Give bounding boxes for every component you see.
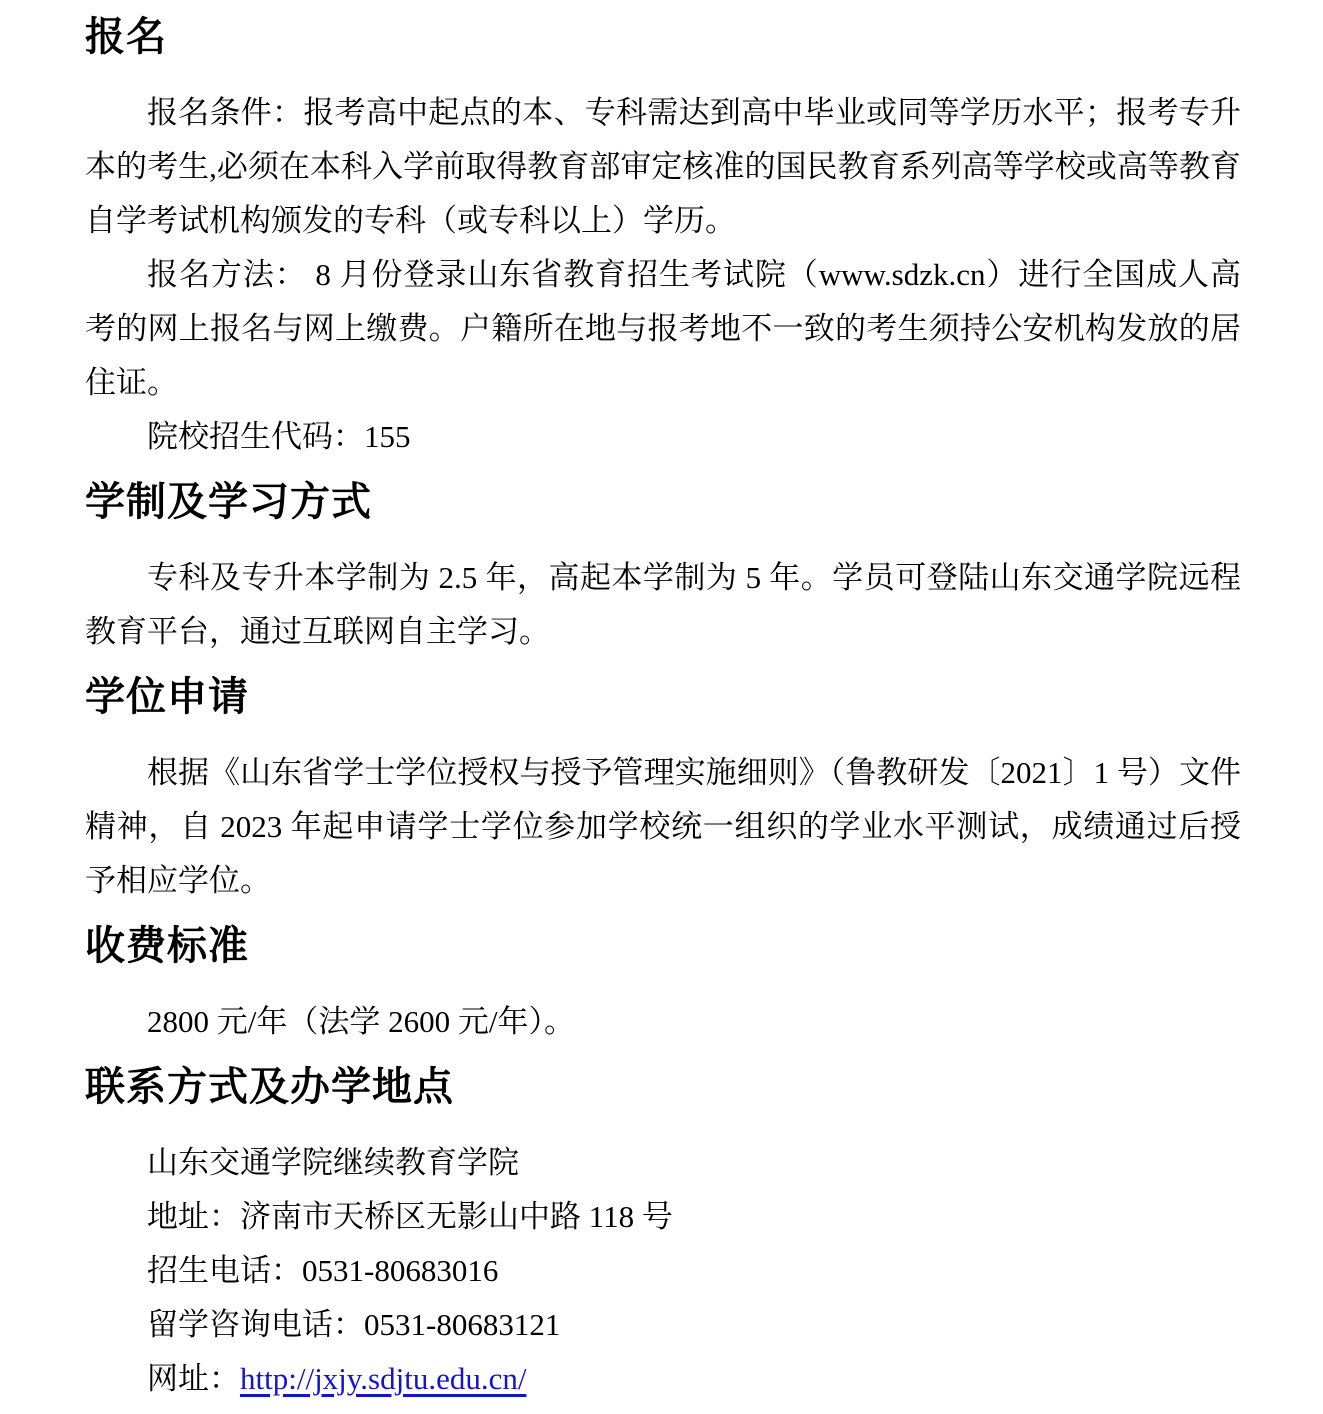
section-heading-degree-application: 学位申请 <box>85 671 1241 723</box>
institution-code-line: 院校招生代码：155 <box>85 410 1241 464</box>
contact-website-line: 网址：http://jxjy.sdjtu.edu.cn/ <box>85 1352 1241 1406</box>
section-heading-study-system: 学制及学习方式 <box>85 476 1241 528</box>
contact-study-abroad-phone-line: 留学咨询电话：0531-80683121 <box>85 1298 1241 1352</box>
contact-college-line: 山东交通学院继续教育学院 <box>85 1136 1241 1190</box>
website-label: 网址： <box>147 1361 240 1396</box>
fees-paragraph: 2800 元/年（法学 2600 元/年）。 <box>85 995 1241 1049</box>
section-heading-fees: 收费标准 <box>85 920 1241 972</box>
registration-conditions-paragraph: 报名条件：报考高中起点的本、专科需达到高中毕业或同等学历水平；报考专升本的考生,… <box>85 86 1241 248</box>
study-system-paragraph: 专科及专升本学制为 2.5 年，高起本学制为 5 年。学员可登陆山东交通学院远程… <box>85 551 1241 659</box>
degree-application-paragraph: 根据《山东省学士学位授权与授予管理实施细则》（鲁教研发〔2021〕1 号）文件精… <box>85 746 1241 908</box>
contact-admission-phone-line: 招生电话：0531-80683016 <box>85 1244 1241 1298</box>
section-heading-registration: 报名 <box>85 11 1241 63</box>
registration-method-paragraph: 报名方法： 8 月份登录山东省教育招生考试院（www.sdzk.cn）进行全国成… <box>85 248 1241 410</box>
website-link[interactable]: http://jxjy.sdjtu.edu.cn/ <box>240 1361 526 1396</box>
contact-address-line: 地址：济南市天桥区无影山中路 118 号 <box>85 1190 1241 1244</box>
section-heading-contact: 联系方式及办学地点 <box>85 1061 1241 1113</box>
document-page: 报名 报名条件：报考高中起点的本、专科需达到高中毕业或同等学历水平；报考专升本的… <box>0 0 1323 1414</box>
